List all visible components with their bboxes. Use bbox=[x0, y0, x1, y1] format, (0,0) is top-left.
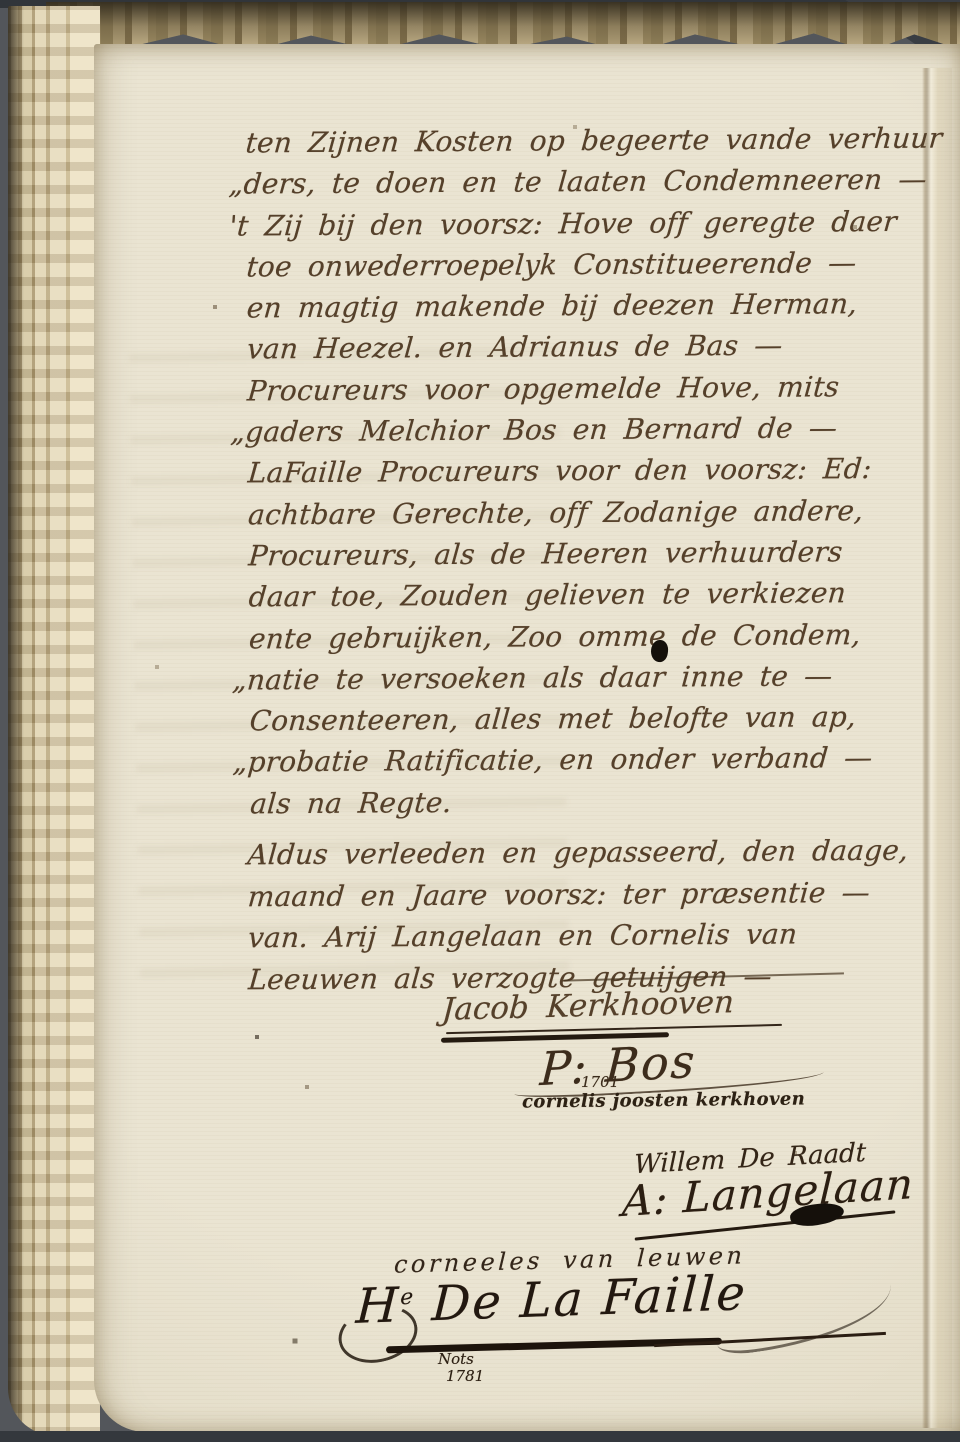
manuscript-line: Procureurs voor opgemelde Hove, mits bbox=[246, 365, 946, 411]
manuscript-line: als na Regte. bbox=[249, 778, 949, 824]
notary-note-title: Nots bbox=[438, 1350, 474, 1368]
signature-cornelis-joosten-kerkhoven: cornelis joosten kerkhoven bbox=[522, 1089, 805, 1113]
manuscript-line: „probatie Ratificatie, en onder verband … bbox=[231, 737, 948, 783]
manuscript-line: Procureurs, als de Heeren verhuurders bbox=[247, 531, 947, 577]
manuscript-line: 't Zij bij den voorsz: Hove off geregte … bbox=[228, 200, 945, 246]
deed-body-paragraph: ten Zijnen Kosten op begeerte vande verh… bbox=[246, 118, 948, 825]
manuscript-line: achtbare Gerechte, off Zodanige andere, bbox=[247, 489, 947, 535]
manuscript-page: ten Zijnen Kosten op begeerte vande verh… bbox=[94, 44, 960, 1432]
manuscript-line: en magtig makende bij deezen Herman, bbox=[245, 283, 945, 329]
manuscript-line: van Heezel. en Adrianus de Bas — bbox=[245, 324, 945, 370]
manuscript-line: toe onwederroepelyk Constitueerende — bbox=[245, 241, 945, 287]
manuscript-line: maand en Jaare voorsz: ter præsentie — bbox=[246, 871, 910, 917]
manuscript-line: „ders, te doen en te laaten Condemneeren… bbox=[227, 159, 944, 205]
manuscript-line: van. Arij Langelaan en Cornelis van bbox=[246, 913, 910, 959]
scanned-book-photo: ten Zijnen Kosten op begeerte vande verh… bbox=[0, 0, 960, 1442]
manuscript-line: Aldus verleeden en gepasseerd, den daage… bbox=[246, 830, 910, 876]
signature-surname: De La Faille bbox=[431, 1265, 749, 1332]
notary-note-year: 1781 bbox=[446, 1367, 484, 1385]
background-bottom-strip bbox=[0, 1431, 960, 1442]
manuscript-line: LaFaille Procureurs voor den voorsz: Ed: bbox=[246, 448, 946, 494]
signature-note-year: 1701 bbox=[581, 1073, 619, 1091]
manuscript-line: ente gebruijken, Zoo omme de Condem, bbox=[247, 613, 947, 659]
manuscript-line: ten Zijnen Kosten op begeerte vande verh… bbox=[244, 118, 944, 164]
manuscript-line: „natie te versoeken als daar inne te — bbox=[231, 654, 948, 700]
signature-jacob-kerkhooven: Jacob Kerkhooven bbox=[441, 984, 735, 1028]
manuscript-line: Consenteeren, alles met belofte van ap, bbox=[248, 696, 948, 742]
signature-initial-superscript: e bbox=[400, 1285, 416, 1311]
foxing-specks bbox=[94, 44, 96, 46]
book-left-page-stack-edge bbox=[8, 6, 100, 1436]
manuscript-line: „gaders Melchior Bos en Bernard de — bbox=[229, 407, 946, 453]
signature-initial: H bbox=[355, 1277, 402, 1335]
manuscript-line: daar toe, Zouden gelieven te verkiezen bbox=[247, 572, 947, 618]
